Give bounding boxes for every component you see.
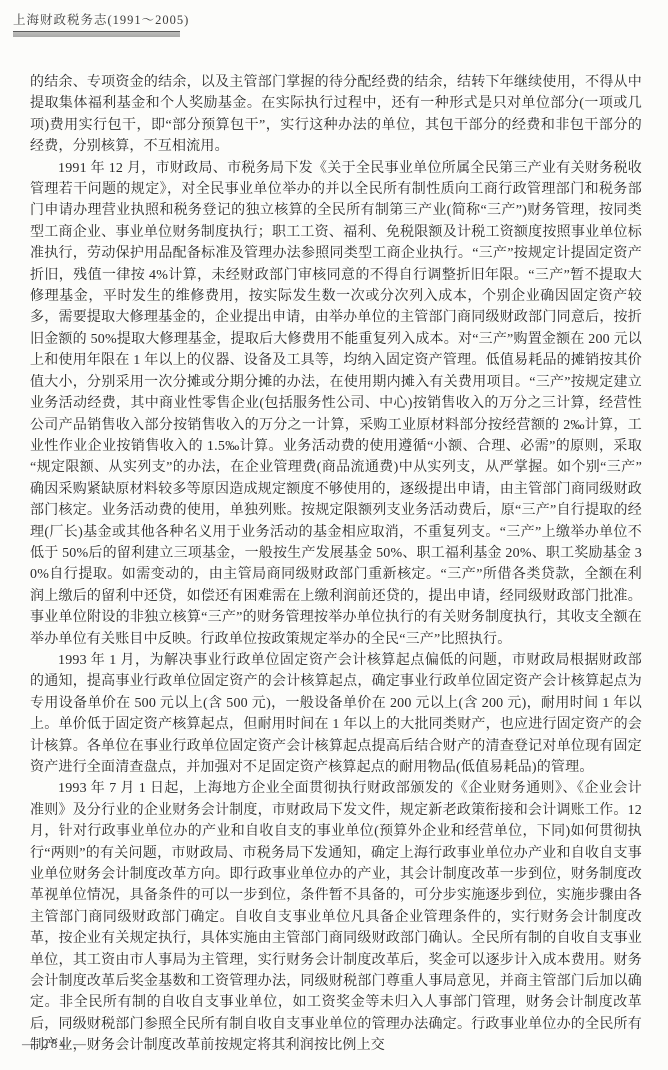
paragraph: 1991 年 12 月，市财政局、市税务局下发《关于全民事业单位所属全民第三产业… (30, 158, 642, 650)
book-title: 上海财政税务志(1991～2005) (13, 10, 189, 30)
running-head-rule (13, 31, 180, 37)
book-page: 上海财政税务志(1991～2005) 的结余、专项资金的结余，以及主管部门掌握的… (0, 0, 668, 1070)
running-head: 上海财政税务志(1991～2005) (13, 10, 189, 37)
paragraph: 1993 年 7 月 1 日起，上海地方企业全面贯彻执行财政部颁发的《企业财务通… (30, 778, 642, 1056)
page-number: — 284 — (22, 1036, 88, 1052)
paragraph: 1993 年 1 月，为解决事业行政单位固定资产会计核算起点偏低的问题，市财政局… (30, 650, 642, 778)
paragraph: 的结余、专项资金的结余，以及主管部门掌握的待分配经费的结余，结转下年继续使用，不… (30, 72, 642, 158)
page-body: 的结余、专项资金的结余，以及主管部门掌握的待分配经费的结余，结转下年继续使用，不… (30, 72, 642, 1057)
